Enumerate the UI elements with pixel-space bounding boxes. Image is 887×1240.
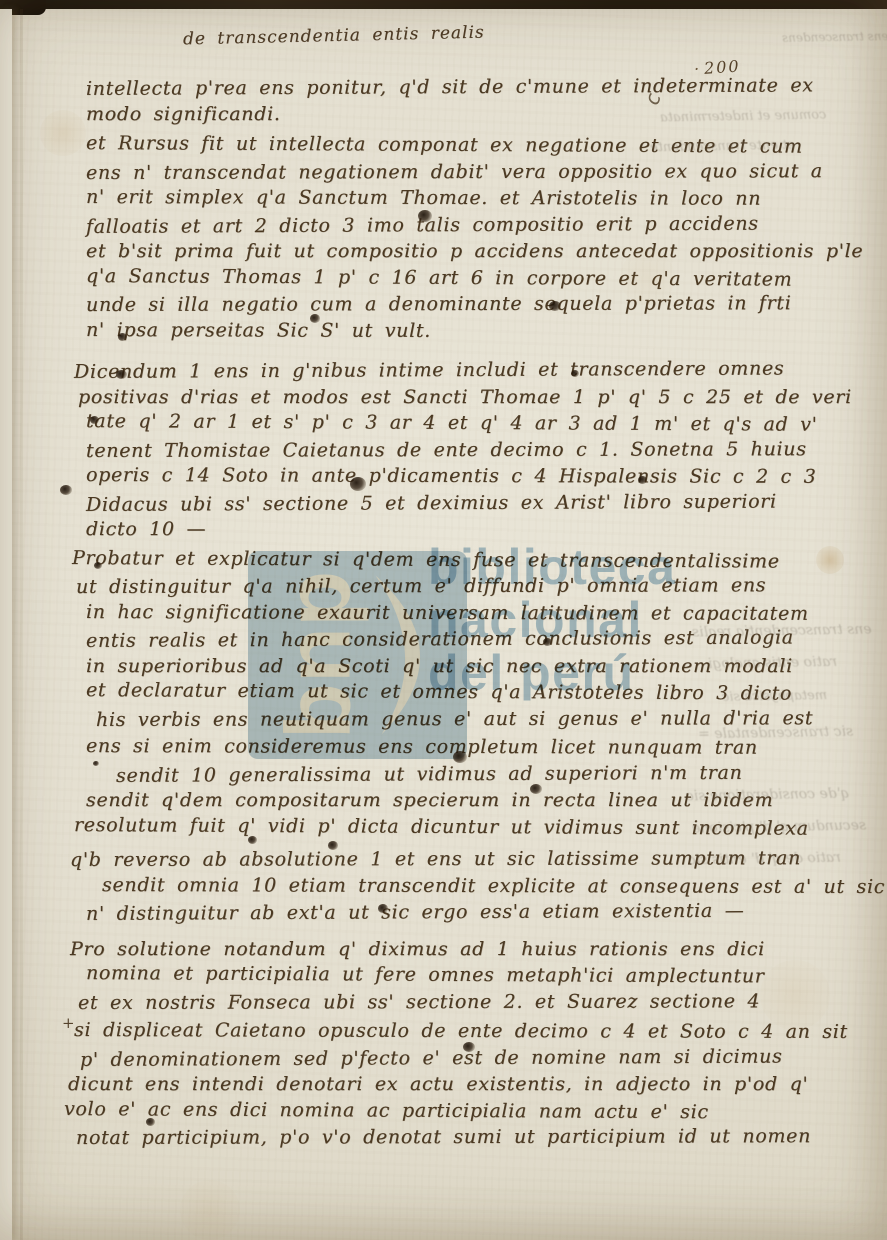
manuscript-line: notat participium, p'o v'o denotat sumi … [76, 1123, 866, 1151]
manuscript-line: Dicendum 1 ens in g'nibus intime includi… [74, 355, 866, 385]
scan-top-edge [0, 0, 887, 9]
ink-blot [60, 485, 72, 495]
ink-blot [418, 210, 432, 222]
ink-blot [310, 314, 320, 323]
manuscript-scan-page: de transcendentia entis realis 200 ɔ int… [0, 0, 887, 1240]
manuscript-line: operis c 14 Soto in ante p'dicamentis c … [86, 462, 866, 490]
bleedthrough-text: q'de consideratione sic [686, 785, 850, 806]
paper-stain [40, 110, 86, 156]
bleedthrough-text: comune et indeterminata [660, 107, 827, 128]
manuscript-line: unde si illa negatio cum a denominante s… [86, 290, 866, 318]
bleedthrough-text: et ente transcendente [650, 137, 795, 158]
ink-blot [118, 333, 127, 341]
watermark-line-3: del perú [428, 647, 676, 700]
bleedthrough-text: metaphysica sic [722, 687, 827, 707]
manuscript-line: n' erit simplex q'a Sanctum Thomae. et A… [86, 184, 866, 212]
ink-blot [90, 416, 99, 424]
watermark-line-1: biblioteca [428, 541, 676, 594]
paper-stain [620, 250, 675, 305]
ink-blot [638, 476, 647, 484]
manuscript-line: n' ipsa perseitas Sic S' ut vult. [86, 317, 866, 345]
paper-crease [20, 9, 23, 1240]
manuscript-line: positivas d'rias et modos est Sancti Tho… [78, 384, 866, 411]
paper-stain [180, 1180, 240, 1240]
ink-blot [453, 751, 467, 763]
manuscript-line: falloatis et art 2 dicto 3 imo talis com… [86, 210, 866, 240]
manuscript-line: nomina et participialia ut fere omnes me… [86, 960, 866, 990]
watermark-line-2: nacional [428, 594, 676, 647]
paper-stain [760, 960, 830, 1030]
manuscript-line: Pro solutione notandum q' diximus ad 1 h… [70, 936, 866, 963]
bleedthrough-text: ratio entis analogi [708, 653, 837, 673]
bleedthrough-text: ens transcendentia realis [692, 620, 872, 641]
ink-blot [350, 477, 366, 491]
bleedthrough-text: sic transcendentale = [698, 723, 853, 744]
bnp-logo-swoosh [376, 576, 421, 735]
ink-blot [146, 1118, 155, 1126]
ink-blot [571, 370, 579, 377]
bleedthrough-text: secundum q' d' p'cisione [692, 816, 866, 837]
paper-stain [816, 546, 844, 574]
manuscript-line: dicunt ens intendi denotari ex actu exis… [68, 1071, 866, 1098]
manuscript-header-title: de transcendentia entis realis [183, 23, 485, 50]
ink-blot [248, 836, 257, 844]
manuscript-line: volo e' ac ens dici nomina ac participia… [64, 1096, 866, 1126]
margin-mark: + [62, 1014, 75, 1032]
ink-blot [94, 562, 102, 569]
manuscript-line: et b'sit prima fuit ut compositio p acci… [86, 238, 866, 265]
page-left-edge [0, 9, 12, 1240]
manuscript-line: sendit omnia 10 etiam transcendit explic… [102, 872, 866, 900]
manuscript-line: intellecta p'rea ens ponitur, q'd sit de… [86, 72, 866, 102]
bleedthrough-text: ratio de q' d' entis sic [688, 849, 841, 870]
ink-blot [543, 638, 552, 646]
manuscript-line: ens n' transcendat negationem dabit' ver… [86, 158, 866, 186]
bnp-logo-text: bnp [268, 571, 370, 740]
watermark-library-name: biblioteca nacional del perú [428, 541, 676, 700]
manuscript-line: n' distinguitur ab ext'a ut sic ergo ess… [86, 897, 866, 927]
manuscript-line: tenent Thomistae Caietanus de ente decim… [86, 436, 866, 464]
bleedthrough-text: ens transcendens [782, 27, 887, 47]
manuscript-line: q'a Sanctus Thomas 1 p' c 16 art 6 in co… [86, 263, 866, 293]
manuscript-line: Didacus ubi ss' sectione 5 et deximius e… [86, 488, 866, 518]
manuscript-line: sendit 10 generalissima ut vidimus ad su… [116, 759, 866, 789]
manuscript-line: et ex nostris Fonseca ubi ss' sectione 2… [78, 988, 866, 1016]
ink-blot [378, 904, 388, 913]
ink-blot [328, 841, 338, 850]
manuscript-line: tate q' 2 ar 1 et s' p' c 3 ar 4 et q' 4… [86, 408, 866, 438]
